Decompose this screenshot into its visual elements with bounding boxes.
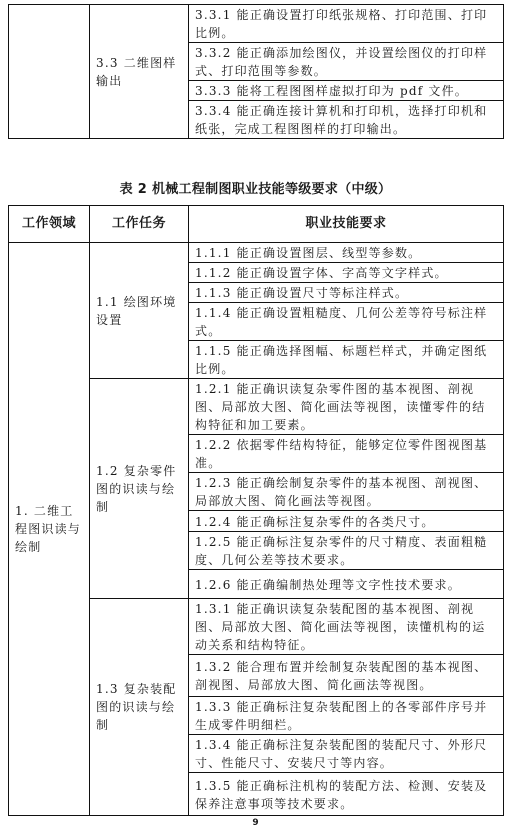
requirement-cell: 1.2.4 能正确标注复杂零件的各类尺寸。 <box>189 511 504 532</box>
requirement-cell: 1.3.3 能正确标注复杂装配图上的各零部件序号并生成零件明细栏。 <box>189 697 504 735</box>
header-work-area: 工作领域 <box>9 206 90 243</box>
requirement-cell: 3.3.1 能正确设置打印纸张规格、打印范围、打印比例。 <box>189 5 504 43</box>
requirement-cell: 1.2.2 依据零件结构特征，能够定位零件图视图基准。 <box>189 435 504 473</box>
requirement-cell: 1.1.2 能正确设置字体、字高等文字样式。 <box>189 263 504 283</box>
requirement-cell: 1.1.3 能正确设置尺寸等标注样式。 <box>189 283 504 303</box>
header-work-task: 工作任务 <box>90 206 189 243</box>
skills-table: 工作领域 工作任务 职业技能要求 1. 二维工程图识读与绘制 1.1 绘图环境设… <box>8 205 504 816</box>
header-row: 工作领域 工作任务 职业技能要求 <box>9 206 504 243</box>
task-cell: 1.3 复杂装配图的识读与绘制 <box>90 599 189 816</box>
empty-area-cell <box>9 5 90 139</box>
requirement-cell: 1.1.1 能正确设置图层、线型等参数。 <box>189 243 504 263</box>
task-cell: 1.2 复杂零件图的识读与绘制 <box>90 379 189 599</box>
requirement-cell: 1.1.5 能正确选择图幅、标题栏样式，并确定图纸比例。 <box>189 341 504 379</box>
requirement-cell: 3.3.2 能正确添加绘图仪，并设置绘图仪的打印样式、打印范围等参数。 <box>189 43 504 81</box>
requirement-cell: 3.3.3 能将工程图图样虚拟打印为 pdf 文件。 <box>189 81 504 101</box>
task-cell: 1.1 绘图环境设置 <box>90 243 189 379</box>
requirement-cell: 1.2.5 能正确标注复杂零件的尺寸精度、表面粗糙度、几何公差等技术要求。 <box>189 532 504 570</box>
page-number: 9 <box>0 818 511 828</box>
continued-skills-table: 3.3 二维图样输出 3.3.1 能正确设置打印纸张规格、打印范围、打印比例。 … <box>8 4 504 139</box>
task-cell: 3.3 二维图样输出 <box>90 5 189 139</box>
requirement-cell: 1.2.3 能正确绘制复杂零件的基本视图、剖视图、局部放大图、简化画法等视图。 <box>189 473 504 511</box>
table-caption: 表 2 机械工程制图职业技能等级要求（中级） <box>0 178 511 197</box>
work-area-cell: 1. 二维工程图识读与绘制 <box>9 243 90 816</box>
requirement-cell: 1.3.2 能合理布置并绘制复杂装配图的基本视图、剖视图、局部放大图、简化画法等… <box>189 655 504 697</box>
requirement-cell: 1.3.1 能正确识读复杂装配图的基本视图、剖视图、局部放大图、简化画法等视图，… <box>189 599 504 655</box>
requirement-cell: 1.3.4 能正确标注复杂装配图的装配尺寸、外形尺寸、性能尺寸、安装尺寸等内容。 <box>189 735 504 773</box>
requirement-cell: 3.3.4 能正确连接计算机和打印机，选择打印机和纸张，完成工程图图样的打印输出… <box>189 101 504 139</box>
requirement-cell: 1.2.1 能正确识读复杂零件图的基本视图、剖视图、局部放大图、简化画法等视图，… <box>189 379 504 435</box>
header-skill-requirement: 职业技能要求 <box>189 206 504 243</box>
requirement-cell: 1.2.6 能正确编制热处理等文字性技术要求。 <box>189 570 504 599</box>
requirement-cell: 1.1.4 能正确设置粗糙度、几何公差等符号标注样式。 <box>189 303 504 341</box>
requirement-cell: 1.3.5 能正确标注机构的装配方法、检测、安装及保养注意事项等技术要求。 <box>189 773 504 816</box>
